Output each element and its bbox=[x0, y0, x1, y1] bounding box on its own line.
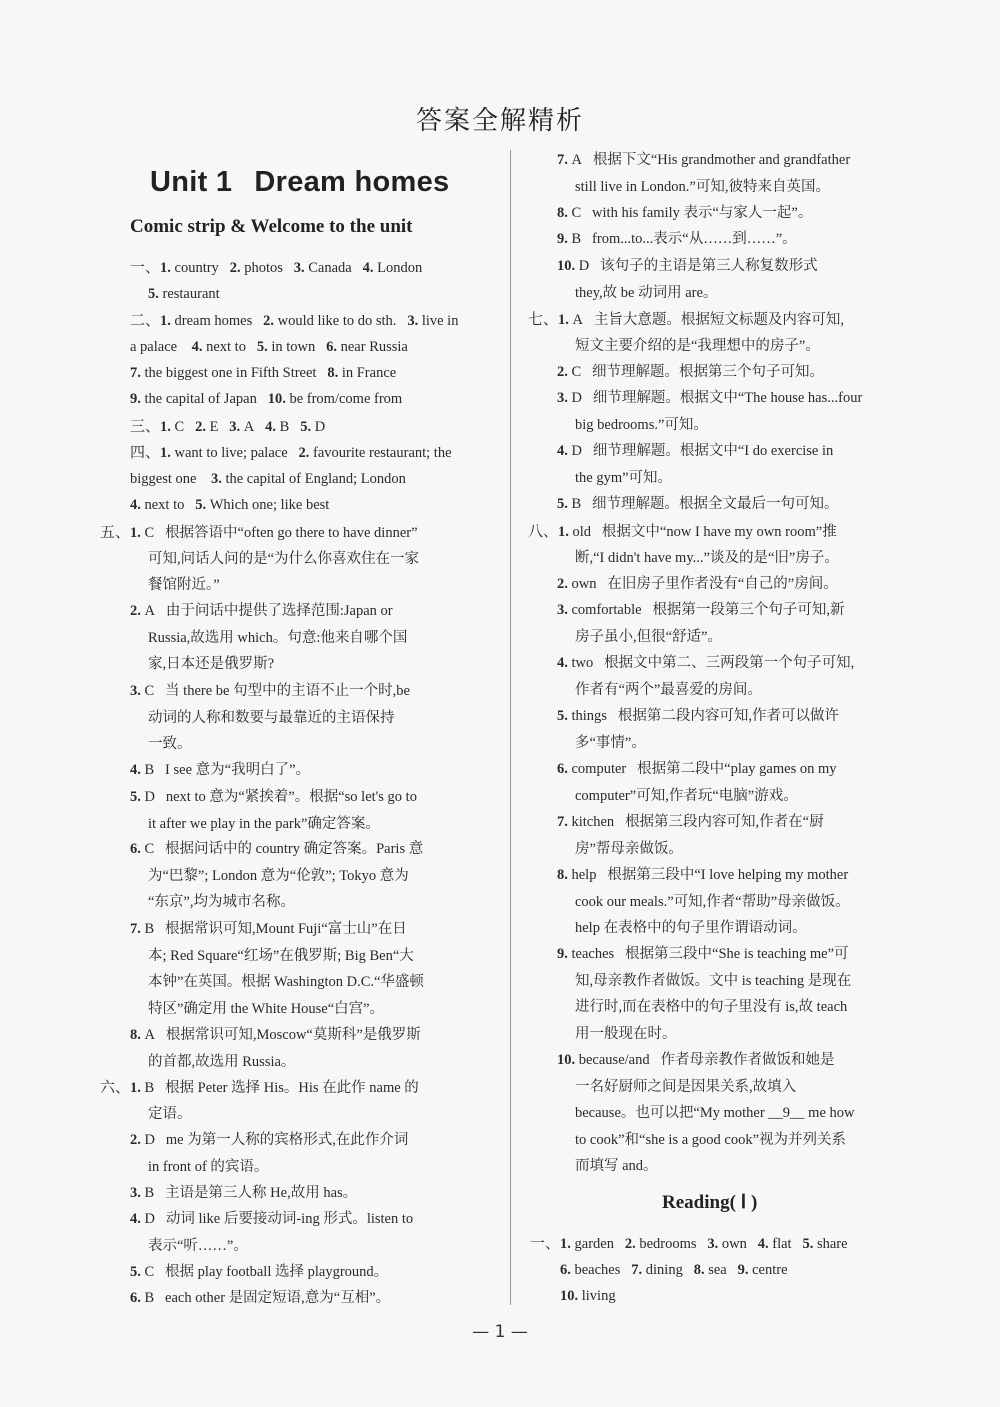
answer-text: country bbox=[175, 260, 219, 276]
explanation-text: 在旧房子里作者没有“自己的”房间。 bbox=[607, 576, 837, 592]
explanation-line: Russia,故选用 which。句意:他来自哪个国 bbox=[148, 625, 407, 652]
answer-key: old bbox=[573, 524, 602, 540]
explanation-text: 根据常识可知,Mount Fuji“富士山”在日 bbox=[165, 921, 407, 937]
answer-line: a palace 4. next to 5. in town 6. near R… bbox=[130, 334, 408, 361]
explanation-line: 断,“I didn't have my...”谈及的是“旧”房子。 bbox=[575, 545, 839, 572]
answer-number: 5. bbox=[130, 1264, 145, 1280]
answer-line: 5. restaurant bbox=[148, 281, 220, 308]
answer-text: would like to do sth. bbox=[278, 313, 397, 329]
answer-number: 3. bbox=[130, 1185, 145, 1201]
answer-text: next to bbox=[206, 339, 246, 355]
answer-key: A bbox=[572, 152, 593, 168]
explanation-text: 动词的人称和数要与最靠近的主语保持 bbox=[148, 710, 395, 726]
explanation-line: 作者有“两个”最喜爱的房间。 bbox=[575, 677, 762, 704]
explanation-line: 5. D next to 意为“紧挨着”。根据“so let's go to bbox=[130, 784, 417, 811]
answer-number: 6. bbox=[326, 339, 341, 355]
answer-number: 1. bbox=[558, 524, 573, 540]
answer-number: 6. bbox=[557, 761, 572, 777]
explanation-text: 表示“听……”。 bbox=[148, 1238, 248, 1254]
section-marker: 四、 bbox=[130, 443, 160, 461]
explanation-text: the gym”可知。 bbox=[575, 470, 672, 486]
explanation-line: 8. C with his family 表示“与家人一起”。 bbox=[557, 200, 812, 227]
answer-text: centre bbox=[752, 1262, 787, 1278]
explanation-line: 7. A 根据下文“His grandmother and grandfathe… bbox=[557, 147, 850, 174]
answer-line: 一、1. garden 2. bedrooms 3. own 4. flat 5… bbox=[530, 1230, 848, 1258]
explanation-text: 餐馆附近。” bbox=[148, 577, 220, 593]
explanation-text: from...to...表示“从……到……”。 bbox=[592, 231, 797, 247]
explanation-line: 用一般现在时。 bbox=[575, 1021, 677, 1048]
explanation-text: 多“事情”。 bbox=[575, 735, 646, 751]
answer-number: 4. bbox=[265, 419, 280, 435]
answer-text: Canada bbox=[308, 260, 351, 276]
explanation-line: 8. A 根据常识可知,Moscow“莫斯科”是俄罗斯 bbox=[130, 1022, 421, 1049]
unit-name: Dream homes bbox=[254, 166, 449, 198]
section-title-reading: Reading( Ⅰ ) bbox=[662, 1191, 757, 1214]
explanation-text: 本; Red Square“红场”在俄罗斯; Big Ben“大 bbox=[148, 948, 414, 964]
explanation-line: 7. kitchen 根据第三段内容可知,作者在“厨 bbox=[557, 809, 824, 836]
answer-number: 3. bbox=[211, 471, 226, 487]
answer-key: D bbox=[572, 390, 593, 406]
answer-number: 8. bbox=[557, 205, 572, 221]
answer-number: 7. bbox=[557, 814, 572, 830]
answer-key: two bbox=[572, 655, 605, 671]
explanation-line: 可知,问话人问的是“为什么你喜欢住在一家 bbox=[148, 546, 419, 573]
answer-key: C bbox=[572, 364, 593, 380]
answer-number: 3. bbox=[130, 683, 145, 699]
answer-line: 9. the capital of Japan 10. be from/come… bbox=[130, 386, 402, 413]
explanation-line: 七、1. A 主旨大意题。根据短文标题及内容可知, bbox=[528, 306, 844, 334]
explanation-line: 5. things 根据第二段内容可知,作者可以做许 bbox=[557, 703, 839, 730]
explanation-text: 家,日本还是俄罗斯? bbox=[148, 656, 274, 672]
answer-line: 7. the biggest one in Fifth Street 8. in… bbox=[130, 360, 396, 387]
answer-key: C bbox=[572, 205, 593, 221]
answer-number: 2. bbox=[625, 1236, 640, 1252]
answer-key: D bbox=[579, 258, 600, 274]
explanation-text: I see 意为“我明白了”。 bbox=[165, 762, 310, 778]
explanation-line: cook our meals.”可知,作者“帮助”母亲做饭。 bbox=[575, 889, 850, 916]
explanation-text: 动词 like 后要接动词-ing 形式。listen to bbox=[166, 1211, 413, 1227]
answer-number: 3. bbox=[707, 1236, 722, 1252]
explanation-text: 当 there be 句型中的主语不止一个时,be bbox=[165, 683, 410, 699]
answer-number: 8. bbox=[557, 867, 572, 883]
answer-number: 10. bbox=[560, 1288, 582, 1304]
section-title-comic-strip: Comic strip & Welcome to the unit bbox=[130, 216, 413, 238]
answer-text: bedrooms bbox=[639, 1236, 696, 1252]
answer-number: 9. bbox=[557, 231, 572, 247]
explanation-line: 2. C 细节理解题。根据第三个句子可知。 bbox=[557, 359, 824, 386]
explanation-text: still live in London.”可知,彼特来自英国。 bbox=[575, 179, 830, 195]
explanation-text: 知,母亲教作者做饭。文中 is teaching 是现在 bbox=[575, 973, 851, 989]
answer-key: things bbox=[572, 708, 618, 724]
answer-key: computer bbox=[572, 761, 638, 777]
answer-line: 三、1. C 2. E 3. A 4. B 5. D bbox=[130, 413, 325, 441]
explanation-text: 断,“I didn't have my...”谈及的是“旧”房子。 bbox=[575, 550, 839, 566]
answer-number: 5. bbox=[300, 419, 315, 435]
answer-text: own bbox=[722, 1236, 747, 1252]
answer-number: 4. bbox=[130, 762, 145, 778]
answer-text: London bbox=[377, 260, 422, 276]
explanation-text: 根据 Peter 选择 His。His 在此作 name 的 bbox=[165, 1080, 419, 1096]
explanation-line: 房子虽小,但很“舒适”。 bbox=[575, 624, 722, 651]
answer-line: 一、1. country 2. photos 3. Canada 4. Lond… bbox=[130, 254, 422, 282]
section-marker: 七、 bbox=[528, 310, 558, 328]
answer-key: C bbox=[145, 525, 166, 541]
answer-number: 4. bbox=[758, 1236, 773, 1252]
explanation-line: 5. C 根据 play football 选择 playground。 bbox=[130, 1259, 388, 1286]
answer-number: 3. bbox=[229, 419, 244, 435]
answer-text: D bbox=[315, 419, 325, 435]
explanation-text: 房”帮母亲做饭。 bbox=[575, 841, 683, 857]
answer-number: 9. bbox=[557, 946, 572, 962]
answer-key: D bbox=[572, 443, 593, 459]
unit-title: Unit 1Dream homes bbox=[150, 166, 449, 199]
answer-number: 2. bbox=[299, 445, 314, 461]
explanation-line: computer”可知,作者玩“电脑”游戏。 bbox=[575, 783, 798, 810]
explanation-text: with his family 表示“与家人一起”。 bbox=[592, 205, 812, 221]
answer-key: help bbox=[572, 867, 608, 883]
answer-number: 1. bbox=[130, 1080, 145, 1096]
explanation-text: help 在表格中的句子里作谓语动词。 bbox=[575, 920, 807, 936]
answer-line: 二、1. dream homes 2. would like to do sth… bbox=[130, 307, 458, 335]
answer-number: 4. bbox=[130, 1211, 145, 1227]
explanation-line: help 在表格中的句子里作谓语动词。 bbox=[575, 915, 807, 942]
answer-key: B bbox=[572, 496, 593, 512]
explanation-text: 可知,问话人问的是“为什么你喜欢住在一家 bbox=[148, 551, 419, 567]
explanation-line: because。也可以把“My mother __9__ me how bbox=[575, 1100, 854, 1127]
section-marker: 八、 bbox=[528, 522, 558, 540]
explanation-text: 根据 play football 选择 playground。 bbox=[165, 1264, 388, 1280]
explanation-line: 4. D 动词 like 后要接动词-ing 形式。listen to bbox=[130, 1206, 413, 1233]
answer-key: D bbox=[145, 1132, 166, 1148]
answer-number: 8. bbox=[694, 1262, 709, 1278]
answer-text: Which one; like best bbox=[210, 497, 330, 513]
answer-line: 6. beaches 7. dining 8. sea 9. centre bbox=[560, 1257, 788, 1284]
answer-key: B bbox=[145, 921, 166, 937]
explanation-line: 动词的人称和数要与最靠近的主语保持 bbox=[148, 705, 395, 732]
section-marker: 二、 bbox=[130, 311, 160, 329]
explanation-line: 4. B I see 意为“我明白了”。 bbox=[130, 757, 310, 784]
answer-number: 2. bbox=[195, 419, 210, 435]
explanation-line: 2. own 在旧房子里作者没有“自己的”房间。 bbox=[557, 571, 838, 598]
answer-number: 3. bbox=[407, 313, 422, 329]
explanation-line: “东京”,均为城市名称。 bbox=[148, 889, 295, 916]
explanation-line: 多“事情”。 bbox=[575, 730, 646, 757]
explanation-text: it after we play in the park”确定答案。 bbox=[148, 816, 380, 832]
explanation-line: 9. B from...to...表示“从……到……”。 bbox=[557, 226, 797, 253]
answer-line: 四、1. want to live; palace 2. favourite r… bbox=[130, 439, 452, 467]
explanation-line: 定语。 bbox=[148, 1101, 192, 1128]
unit-number: Unit 1 bbox=[150, 166, 232, 198]
answer-key: B bbox=[145, 1080, 166, 1096]
answer-key: teaches bbox=[572, 946, 626, 962]
answer-number: 1. bbox=[160, 445, 175, 461]
answer-text: C bbox=[175, 419, 185, 435]
explanation-text: “东京”,均为城市名称。 bbox=[148, 894, 295, 910]
explanation-line: 7. B 根据常识可知,Mount Fuji“富士山”在日 bbox=[130, 916, 407, 943]
answer-number: 6. bbox=[130, 1290, 145, 1306]
answer-key: B bbox=[145, 1290, 166, 1306]
explanation-line: they,故 be 动词用 are。 bbox=[575, 280, 717, 307]
explanation-text: 该句子的主语是第三人称复数形式 bbox=[600, 258, 818, 274]
explanation-line: 房”帮母亲做饭。 bbox=[575, 836, 683, 863]
explanation-text: 根据文中“now I have my own room”推 bbox=[602, 524, 837, 540]
section-marker: 三、 bbox=[130, 417, 160, 435]
answer-number: 4. bbox=[363, 260, 378, 276]
answer-text: B bbox=[280, 419, 290, 435]
answer-number: 2. bbox=[263, 313, 278, 329]
answer-line: 10. living bbox=[560, 1283, 616, 1310]
explanation-line: 3. C 当 there be 句型中的主语不止一个时,be bbox=[130, 678, 410, 705]
answer-number: 6. bbox=[130, 841, 145, 857]
explanation-line: still live in London.”可知,彼特来自英国。 bbox=[575, 174, 830, 201]
explanation-line: 一致。 bbox=[148, 731, 192, 758]
answer-key: C bbox=[145, 1264, 166, 1280]
explanation-line: 4. two 根据文中第二、三两段第一个句子可知, bbox=[557, 650, 854, 677]
answer-text: share bbox=[817, 1236, 848, 1252]
section-marker: 一、 bbox=[530, 1234, 560, 1252]
answer-text: in town bbox=[271, 339, 315, 355]
explanation-text: next to 意为“紧挨着”。根据“so let's go to bbox=[166, 789, 417, 805]
answer-key: D bbox=[145, 1211, 166, 1227]
answer-number: 7. bbox=[130, 921, 145, 937]
explanation-line: 6. computer 根据第二段中“play games on my bbox=[557, 756, 837, 783]
page-number: — 1 — bbox=[0, 1322, 1000, 1342]
explanation-line: 10. because/and 作者母亲教作者做饭和她是 bbox=[557, 1047, 834, 1074]
answer-text: living bbox=[582, 1288, 616, 1304]
answer-number: 4. bbox=[130, 497, 145, 513]
answer-text: dream homes bbox=[175, 313, 253, 329]
explanation-line: 3. comfortable 根据第一段第三个句子可知,新 bbox=[557, 597, 845, 624]
explanation-line: 而填写 and。 bbox=[575, 1153, 658, 1180]
explanation-text: 用一般现在时。 bbox=[575, 1026, 677, 1042]
answer-text: a palace bbox=[130, 339, 181, 355]
explanation-text: 特区”确定用 the White House“白宫”。 bbox=[148, 1001, 384, 1017]
answer-number: 10. bbox=[557, 1052, 579, 1068]
answer-number: 5. bbox=[802, 1236, 817, 1252]
explanation-text: 细节理解题。根据文中“The house has...four bbox=[593, 390, 862, 406]
explanation-line: 2. D me 为第一人称的宾格形式,在此作介词 bbox=[130, 1127, 408, 1154]
explanation-line: 本钟”在英国。根据 Washington D.C.“华盛顿 bbox=[148, 969, 424, 996]
answer-key: A bbox=[145, 1027, 166, 1043]
explanation-line: to cook”和“she is a good cook”视为并列关系 bbox=[575, 1127, 846, 1154]
explanation-text: 房子虽小,但很“舒适”。 bbox=[575, 629, 722, 645]
answer-number: 2. bbox=[557, 364, 572, 380]
explanation-line: 的首都,故选用 Russia。 bbox=[148, 1049, 295, 1076]
explanation-text: 而填写 and。 bbox=[575, 1158, 658, 1174]
answer-number: 1. bbox=[160, 313, 175, 329]
answer-key: B bbox=[145, 762, 166, 778]
answer-number: 10. bbox=[268, 391, 290, 407]
explanation-line: 知,母亲教作者做饭。文中 is teaching 是现在 bbox=[575, 968, 851, 995]
answer-text: the capital of Japan bbox=[145, 391, 257, 407]
explanation-text: 作者母亲教作者做饭和她是 bbox=[660, 1052, 834, 1068]
explanation-text: in front of 的宾语。 bbox=[148, 1159, 268, 1175]
answer-text: A bbox=[244, 419, 254, 435]
explanation-text: 根据问话中的 country 确定答案。Paris 意 bbox=[165, 841, 423, 857]
answer-text: photos bbox=[244, 260, 283, 276]
answer-text: next to bbox=[145, 497, 185, 513]
explanation-text: big bedrooms.”可知。 bbox=[575, 417, 708, 433]
explanation-text: 根据下文“His grandmother and grandfather bbox=[593, 152, 850, 168]
explanation-text: 细节理解题。根据文中“I do exercise in bbox=[593, 443, 833, 459]
answer-key: B bbox=[145, 1185, 166, 1201]
explanation-text: 根据第三段中“She is teaching me”可 bbox=[625, 946, 849, 962]
explanation-text: computer”可知,作者玩“电脑”游戏。 bbox=[575, 788, 798, 804]
answer-text: restaurant bbox=[163, 286, 220, 302]
answer-number: 8. bbox=[327, 365, 342, 381]
explanation-line: 餐馆附近。” bbox=[148, 572, 220, 599]
explanation-text: 短文主要介绍的是“我理想中的房子”。 bbox=[575, 338, 820, 354]
explanation-text: 作者有“两个”最喜爱的房间。 bbox=[575, 682, 762, 698]
explanation-line: it after we play in the park”确定答案。 bbox=[148, 811, 380, 838]
answer-number: 1. bbox=[160, 419, 175, 435]
explanation-text: 本钟”在英国。根据 Washington D.C.“华盛顿 bbox=[148, 974, 424, 990]
explanation-text: 的首都,故选用 Russia。 bbox=[148, 1054, 295, 1070]
answer-text: sea bbox=[708, 1262, 727, 1278]
explanation-text: me 为第一人称的宾格形式,在此作介词 bbox=[166, 1132, 408, 1148]
explanation-text: 根据答语中“often go there to have dinner” bbox=[165, 525, 417, 541]
explanation-text: 一致。 bbox=[148, 736, 192, 752]
answer-number: 5. bbox=[148, 286, 163, 302]
answer-number: 4. bbox=[192, 339, 207, 355]
explanation-line: 2. A 由于问话中提供了选择范围:Japan or bbox=[130, 598, 393, 625]
answer-key: C bbox=[145, 683, 166, 699]
explanation-text: 细节理解题。根据第三个句子可知。 bbox=[592, 364, 824, 380]
explanation-text: 根据第三段内容可知,作者在“厨 bbox=[625, 814, 824, 830]
answer-number: 2. bbox=[230, 260, 245, 276]
answer-text: favourite restaurant; the bbox=[313, 445, 452, 461]
answer-number: 1. bbox=[558, 312, 573, 328]
explanation-line: 六、1. B 根据 Peter 选择 His。His 在此作 name 的 bbox=[100, 1074, 419, 1102]
answer-number: 9. bbox=[130, 391, 145, 407]
answer-text: beaches bbox=[575, 1262, 621, 1278]
column-divider bbox=[510, 150, 511, 1305]
explanation-text: 主语是第三人称 He,故用 has。 bbox=[165, 1185, 357, 1201]
answer-number: 6. bbox=[560, 1262, 575, 1278]
explanation-line: 家,日本还是俄罗斯? bbox=[148, 651, 274, 678]
answer-number: 3. bbox=[557, 390, 572, 406]
explanation-line: 4. D 细节理解题。根据文中“I do exercise in bbox=[557, 438, 833, 465]
answer-number: 1. bbox=[130, 525, 145, 541]
section-marker: 六、 bbox=[100, 1078, 130, 1096]
explanation-line: 八、1. old 根据文中“now I have my own room”推 bbox=[528, 518, 837, 546]
answer-key: kitchen bbox=[572, 814, 626, 830]
answer-number: 10. bbox=[557, 258, 579, 274]
explanation-line: 8. help 根据第三段中“I love helping my mother bbox=[557, 862, 848, 889]
answer-number: 4. bbox=[557, 655, 572, 671]
answer-key: B bbox=[572, 231, 593, 247]
answer-number: 5. bbox=[557, 496, 572, 512]
explanation-line: 3. D 细节理解题。根据文中“The house has...four bbox=[557, 385, 862, 412]
explanation-text: 根据第三段中“I love helping my mother bbox=[607, 867, 848, 883]
answer-number: 2. bbox=[130, 603, 145, 619]
explanation-text: 为“巴黎”; London 意为“伦敦”; Tokyo 意为 bbox=[148, 868, 409, 884]
answer-number: 5. bbox=[257, 339, 272, 355]
explanation-line: 本; Red Square“红场”在俄罗斯; Big Ben“大 bbox=[148, 943, 414, 970]
answer-text: want to live; palace bbox=[175, 445, 288, 461]
explanation-text: cook our meals.”可知,作者“帮助”母亲做饭。 bbox=[575, 894, 850, 910]
answer-key: D bbox=[145, 789, 166, 805]
answer-number: 3. bbox=[294, 260, 309, 276]
answer-key: comfortable bbox=[572, 602, 653, 618]
answer-text: live in bbox=[422, 313, 459, 329]
explanation-text: 进行时,而在表格中的句子里没有 is,故 teach bbox=[575, 999, 847, 1015]
explanation-text: they,故 be 动词用 are。 bbox=[575, 285, 717, 301]
explanation-text: to cook”和“she is a good cook”视为并列关系 bbox=[575, 1132, 846, 1148]
explanation-text: Russia,故选用 which。句意:他来自哪个国 bbox=[148, 630, 407, 646]
answer-number: 5. bbox=[557, 708, 572, 724]
answer-text: near Russia bbox=[341, 339, 408, 355]
answer-number: 8. bbox=[130, 1027, 145, 1043]
explanation-text: 由于问话中提供了选择范围:Japan or bbox=[166, 603, 393, 619]
answer-text: garden bbox=[575, 1236, 614, 1252]
answer-line: 4. next to 5. Which one; like best bbox=[130, 492, 329, 519]
explanation-line: 6. C 根据问话中的 country 确定答案。Paris 意 bbox=[130, 836, 423, 863]
answer-text: be from/come from bbox=[289, 391, 402, 407]
explanation-text: each other 是固定短语,意为“互相”。 bbox=[165, 1290, 390, 1306]
explanation-line: 短文主要介绍的是“我理想中的房子”。 bbox=[575, 333, 820, 360]
explanation-line: 6. B each other 是固定短语,意为“互相”。 bbox=[130, 1285, 390, 1312]
explanation-text: 主旨大意题。根据短文标题及内容可知, bbox=[594, 312, 844, 328]
explanation-text: 根据第二段中“play games on my bbox=[637, 761, 836, 777]
answer-text: dining bbox=[646, 1262, 683, 1278]
explanation-text: 一名好厨师之间是因果关系,故填入 bbox=[575, 1079, 796, 1095]
answer-number: 7. bbox=[130, 365, 145, 381]
explanation-text: 细节理解题。根据全文最后一句可知。 bbox=[592, 496, 839, 512]
explanation-text: 根据常识可知,Moscow“莫斯科”是俄罗斯 bbox=[166, 1027, 421, 1043]
answer-text: the capital of England; London bbox=[225, 471, 405, 487]
answer-number: 5. bbox=[130, 789, 145, 805]
answer-key: A bbox=[573, 312, 594, 328]
answer-number: 7. bbox=[557, 152, 572, 168]
answer-key: C bbox=[145, 841, 166, 857]
answer-key: because/and bbox=[579, 1052, 661, 1068]
explanation-line: in front of 的宾语。 bbox=[148, 1154, 268, 1181]
section-marker: 一、 bbox=[130, 258, 160, 276]
explanation-line: 5. B 细节理解题。根据全文最后一句可知。 bbox=[557, 491, 839, 518]
explanation-text: 定语。 bbox=[148, 1106, 192, 1122]
explanation-text: because。也可以把“My mother __9__ me how bbox=[575, 1105, 854, 1121]
answer-number: 9. bbox=[738, 1262, 753, 1278]
answer-text: biggest one bbox=[130, 471, 200, 487]
explanation-line: 10. D 该句子的主语是第三人称复数形式 bbox=[557, 253, 818, 280]
answer-number: 1. bbox=[560, 1236, 575, 1252]
explanation-text: 根据第二段内容可知,作者可以做许 bbox=[618, 708, 839, 724]
section-marker: 五、 bbox=[100, 523, 130, 541]
answer-key: A bbox=[145, 603, 166, 619]
explanation-line: 五、1. C 根据答语中“often go there to have dinn… bbox=[100, 519, 418, 547]
explanation-line: 9. teaches 根据第三段中“She is teaching me”可 bbox=[557, 941, 849, 968]
answer-number: 3. bbox=[557, 602, 572, 618]
explanation-text: 根据第一段第三个句子可知,新 bbox=[652, 602, 844, 618]
explanation-line: 特区”确定用 the White House“白宫”。 bbox=[148, 996, 384, 1023]
answer-number: 2. bbox=[130, 1132, 145, 1148]
explanation-line: 表示“听……”。 bbox=[148, 1233, 248, 1260]
explanation-line: 为“巴黎”; London 意为“伦敦”; Tokyo 意为 bbox=[148, 863, 409, 890]
answer-text: the biggest one in Fifth Street bbox=[145, 365, 317, 381]
explanation-line: the gym”可知。 bbox=[575, 465, 672, 492]
explanation-text: 根据文中第二、三两段第一个句子可知, bbox=[604, 655, 854, 671]
explanation-line: 3. B 主语是第三人称 He,故用 has。 bbox=[130, 1180, 357, 1207]
answer-number: 2. bbox=[557, 576, 572, 592]
explanation-line: 一名好厨师之间是因果关系,故填入 bbox=[575, 1074, 796, 1101]
answer-number: 7. bbox=[631, 1262, 646, 1278]
page-title: 答案全解精析 bbox=[0, 100, 1000, 137]
answer-text: flat bbox=[772, 1236, 791, 1252]
explanation-line: 进行时,而在表格中的句子里没有 is,故 teach bbox=[575, 994, 847, 1021]
answer-number: 5. bbox=[195, 497, 210, 513]
answer-text: in France bbox=[342, 365, 396, 381]
